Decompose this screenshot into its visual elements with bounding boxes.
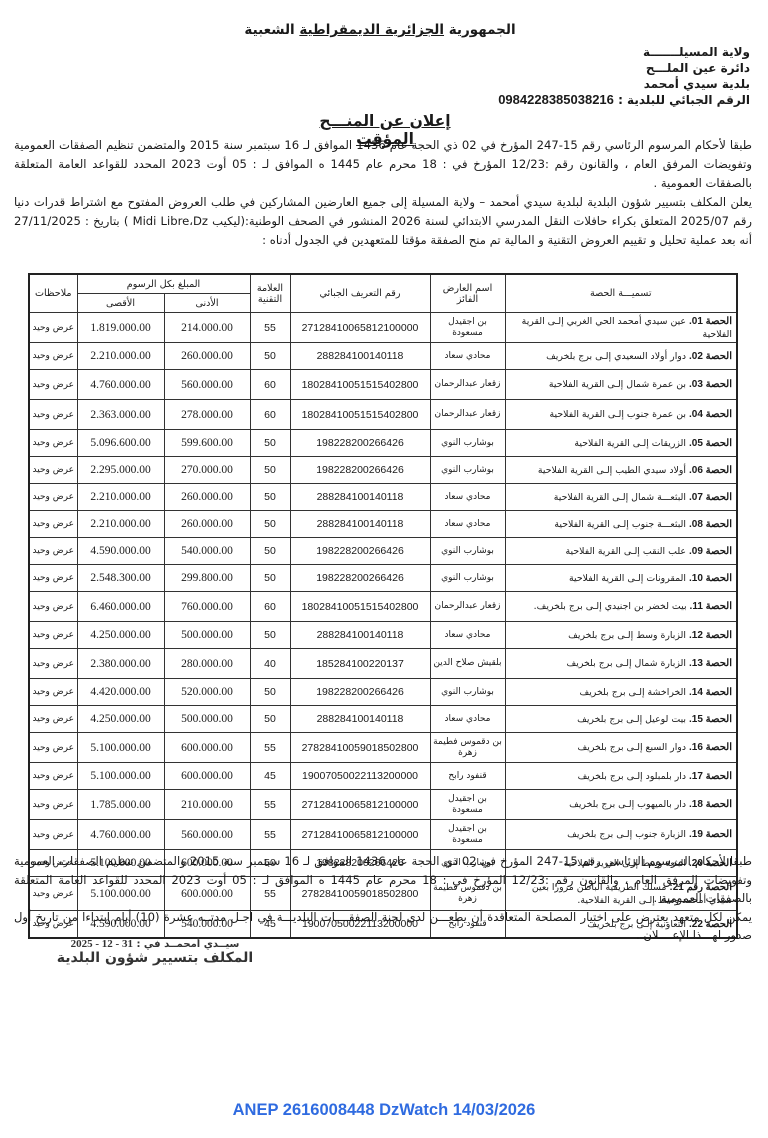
amount-max-cell: 1.819.000.00 [77,313,164,343]
notes-cell: عرض وحيد [29,538,77,565]
lot-description: بيت لخضر بن اجنيدي إلـى برج بلخريف. [534,601,687,612]
table-row: الحصة 06. أولاد سيدي الطيب إلـى القرية ا… [29,457,737,484]
technical-score-cell: 55 [250,820,290,850]
lot-cell: الحصة 17. دار بلمبلود إلـى برج بلخريف [505,763,737,790]
footer-text: طبقا لأحكام المرسوم الرئاسي رقم 15-247 ا… [14,852,752,945]
tax-id-cell: 198228200266426 [290,430,430,457]
bidder-cell: بوشارب النوي [430,565,505,592]
amount-min-cell: 260.000.00 [164,343,250,370]
technical-score-cell: 50 [250,343,290,370]
notes-cell: عرض وحيد [29,511,77,538]
tax-id-cell: 18028410051515402800 [290,592,430,622]
tax-id-cell: 18028410051515402800 [290,370,430,400]
lot-number: الحصة 17. [689,771,732,782]
lot-description: البثعـــة شمال إلـى القرية الفلاحية [554,492,686,503]
lot-cell: الحصة 11. بيت لخضر بن اجنيدي إلـى برج بل… [505,592,737,622]
amount-max-cell: 4.420.000.00 [77,679,164,706]
amount-max-cell: 4.760.000.00 [77,820,164,850]
technical-score-cell: 45 [250,763,290,790]
bidder-cell: بلقيش صلاح الدين [430,649,505,679]
tax-id-cell: 198228200266426 [290,457,430,484]
lot-number: الحصة 06. [689,465,732,476]
header-notes: ملاحظات [29,274,77,313]
amount-min-cell: 760.000.00 [164,592,250,622]
lot-description: المقرونات إلـى القرية الفلاحية [569,573,686,584]
amount-max-cell: 4.760.000.00 [77,370,164,400]
lot-number: الحصة 19. [689,829,732,840]
lot-description: دوار السبع إلـى برج بلخريف [578,742,687,753]
bidder-cell: زقعار عبدالرحمان [430,400,505,430]
amount-min-cell: 299.800.00 [164,565,250,592]
notes-cell: عرض وحيد [29,763,77,790]
notes-cell: عرض وحيد [29,313,77,343]
lot-description: الزبارة شمال إلـى برج بلخريف [567,658,687,669]
tax-id-cell: 288284100140118 [290,706,430,733]
lot-cell: الحصة 13. الزبارة شمال إلـى برج بلخريف [505,649,737,679]
lot-number: الحصة 16. [689,742,732,753]
amount-max-cell: 5.096.600.00 [77,430,164,457]
award-table: تسميـــة الحصة اسم العارض الفائز رقم الت… [28,273,738,939]
amount-min-cell: 280.000.00 [164,649,250,679]
amount-max-cell: 2.380.000.00 [77,649,164,679]
amount-min-cell: 210.000.00 [164,790,250,820]
bidder-cell: بن دقموس فطيمة زهرة [430,733,505,763]
tax-id-cell: 198228200266426 [290,679,430,706]
lot-cell: الحصة 16. دوار السبع إلـى برج بلخريف [505,733,737,763]
lot-cell: الحصة 10. المقرونات إلـى القرية الفلاحية [505,565,737,592]
lot-description: الزريقات إلـى القرية الفلاحية [574,438,686,449]
technical-score-cell: 50 [250,511,290,538]
signature-title: المكلف بتسيير شؤون البلدية [40,950,270,966]
lot-cell: الحصة 08. البثعـــة جنوب إلـى القرية الف… [505,511,737,538]
notes-cell: عرض وحيد [29,790,77,820]
tax-id-cell: 198228200266426 [290,565,430,592]
table-row: الحصة 09. علب النقب إلـى القرية الفلاحية… [29,538,737,565]
amount-min-cell: 540.000.00 [164,538,250,565]
signature-block: سيــدي أمحمــد في : 31 - 12 - 2025 المكل… [40,938,270,966]
lot-number: الحصة 07. [689,492,732,503]
lot-number: الحصة 08. [689,519,732,530]
amount-max-cell: 1.785.000.00 [77,790,164,820]
award-table-container: تسميـــة الحصة اسم العارض الفائز رقم الت… [28,273,736,939]
notes-cell: عرض وحيد [29,592,77,622]
table-row: الحصة 17. دار بلمبلود إلـى برج بلخريفقنف… [29,763,737,790]
lot-description: بن عمرة جنوب إلـى القرية الفلاحية [549,409,686,420]
amount-min-cell: 260.000.00 [164,484,250,511]
technical-score-cell: 50 [250,538,290,565]
bidder-cell: زقعار عبدالرحمان [430,592,505,622]
lot-description: دار بالميهوب إلـى برج بلخريف [569,799,686,810]
table-row: الحصة 04. بن عمرة جنوب إلـى القرية الفلا… [29,400,737,430]
wilaya-line: ولاية المسيلـــــــة [390,44,750,60]
lot-cell: الحصة 01. عين سيدي أمحمد الحي الغربي إلـ… [505,313,737,343]
notes-cell: عرض وحيد [29,484,77,511]
administrative-header: ولاية المسيلـــــــة دائرة عين الملـــح … [390,44,750,108]
lot-number: الحصة 05. [689,438,732,449]
lot-number: الحصة 15. [689,714,732,725]
notes-cell: عرض وحيد [29,679,77,706]
commune-line: بلدية سيدي أمحمد [390,76,750,92]
amount-max-cell: 2.363.000.00 [77,400,164,430]
republic-heading: الجمهورية الجزائرية الديمقراطية الشعبية [240,22,520,38]
lot-cell: الحصة 04. بن عمرة جنوب إلـى القرية الفلا… [505,400,737,430]
amount-min-cell: 214.000.00 [164,313,250,343]
lot-number: الحصة 13. [689,658,732,669]
technical-score-cell: 50 [250,622,290,649]
table-row: الحصة 12. الزبارة وسط إلـى برج بلخريفمحا… [29,622,737,649]
header-amount-min: الأدنى [164,294,250,313]
bidder-cell: محادي سعاد [430,706,505,733]
table-row: الحصة 03. بن عمرة شمال إلـى القرية الفلا… [29,370,737,400]
lot-cell: الحصة 09. علب النقب إلـى القرية الفلاحية [505,538,737,565]
notes-cell: عرض وحيد [29,706,77,733]
notes-cell: عرض وحيد [29,343,77,370]
technical-score-cell: 50 [250,484,290,511]
notes-cell: عرض وحيد [29,733,77,763]
lot-cell: الحصة 05. الزريقات إلـى القرية الفلاحية [505,430,737,457]
tax-number-value: 0984228385038216 [498,92,614,107]
table-row: الحصة 02. دوار أولاد السعيدي إلـى برج بل… [29,343,737,370]
technical-score-cell: 50 [250,565,290,592]
lot-number: الحصة 14. [689,687,732,698]
lot-description: أولاد سيدي الطيب إلـى القرية الفلاحية [538,465,686,476]
signature-place-date: سيــدي أمحمــد في : 31 - 12 - 2025 [40,938,270,950]
amount-max-cell: 4.250.000.00 [77,622,164,649]
table-header-row: تسميـــة الحصة اسم العارض الفائز رقم الت… [29,274,737,294]
technical-score-cell: 60 [250,592,290,622]
intro-legal-basis: طبقا لأحكام المرسوم الرئاسي رقم 15-247 ا… [14,136,752,193]
bidder-cell: محادي سعاد [430,343,505,370]
lot-number: الحصة 09. [689,546,732,557]
tax-id-cell: 288284100140118 [290,343,430,370]
bidder-cell: بوشارب النوي [430,430,505,457]
tax-id-cell: 288284100140118 [290,511,430,538]
lot-cell: الحصة 03. بن عمرة شمال إلـى القرية الفلا… [505,370,737,400]
technical-score-cell: 55 [250,313,290,343]
lot-cell: الحصة 12. الزبارة وسط إلـى برج بلخريف [505,622,737,649]
technical-score-cell: 40 [250,649,290,679]
notes-cell: عرض وحيد [29,400,77,430]
lot-number: الحصة 04. [689,409,732,420]
lot-number: الحصة 12. [689,630,732,641]
tax-id-cell: 288284100140118 [290,484,430,511]
amount-max-cell: 2.295.000.00 [77,457,164,484]
technical-score-cell: 55 [250,790,290,820]
header-technical-score: العلامة التقنية [250,274,290,313]
technical-score-cell: 50 [250,679,290,706]
tax-number-label: الرقم الجبائي للبلدية : [618,93,750,107]
lot-number: الحصة 18. [689,799,732,810]
tax-id-cell: 27128410065812100000 [290,790,430,820]
technical-score-cell: 50 [250,430,290,457]
amount-max-cell: 4.250.000.00 [77,706,164,733]
bidder-cell: محادي سعاد [430,622,505,649]
notes-cell: عرض وحيد [29,622,77,649]
amount-min-cell: 500.000.00 [164,622,250,649]
table-row: الحصة 19. الزبارة جنوب إلـى برج بلخريفبن… [29,820,737,850]
notes-cell: عرض وحيد [29,820,77,850]
tax-id-cell: 185284100220137 [290,649,430,679]
anep-stamp: ANEP 2616008448 DzWatch 14/03/2026 [0,1101,768,1120]
lot-number: الحصة 03. [689,379,732,390]
amount-max-cell: 2.548.300.00 [77,565,164,592]
bidder-cell: بن اجقيدل مسعودة [430,313,505,343]
amount-min-cell: 560.000.00 [164,370,250,400]
notes-cell: عرض وحيد [29,430,77,457]
lot-number: الحصة 01. [689,316,732,327]
lot-cell: الحصة 19. الزبارة جنوب إلـى برج بلخريف [505,820,737,850]
header-tax-id: رقم التعريف الجبائي [290,274,430,313]
header-amount-max: الأقصى [77,294,164,313]
notes-cell: عرض وحيد [29,649,77,679]
signature-date: 31 - 12 - 2025 [71,938,133,950]
amount-max-cell: 5.100.000.00 [77,733,164,763]
lot-description: دار بلمبلود إلـى برج بلخريف [578,771,686,782]
daira-line: دائرة عين الملـــح [390,60,750,76]
bidder-cell: بوشارب النوي [430,538,505,565]
bidder-cell: محادي سعاد [430,511,505,538]
lot-description: الزبارة جنوب إلـى برج بلخريف [567,829,686,840]
amount-max-cell: 4.590.000.00 [77,538,164,565]
lot-cell: الحصة 02. دوار أولاد السعيدي إلـى برج بل… [505,343,737,370]
bidder-cell: زقعار عبدالرحمان [430,370,505,400]
notes-cell: عرض وحيد [29,457,77,484]
commune-tax-number-line: الرقم الجبائي للبلدية : 0984228385038216 [390,92,750,108]
award-table-body: الحصة 01. عين سيدي أمحمد الحي الغربي إلـ… [29,313,737,939]
lot-description: الخراخشة إلـى برج بلخريف [579,687,686,698]
lot-cell: الحصة 18. دار بالميهوب إلـى برج بلخريف [505,790,737,820]
tax-id-cell: 19007050022113200000 [290,763,430,790]
technical-score-cell: 60 [250,370,290,400]
header-bidder: اسم العارض الفائز [430,274,505,313]
announcement-page: الجمهورية الجزائرية الديمقراطية الشعبية … [0,0,768,1138]
lot-cell: الحصة 06. أولاد سيدي الطيب إلـى القرية ا… [505,457,737,484]
amount-min-cell: 600.000.00 [164,733,250,763]
lot-cell: الحصة 15. بيت لوعيل إلـى برج بلخريف [505,706,737,733]
lot-description: علب النقب إلـى القرية الفلاحية [565,546,686,557]
header-lot: تسميـــة الحصة [505,274,737,313]
amount-min-cell: 500.000.00 [164,706,250,733]
amount-min-cell: 270.000.00 [164,457,250,484]
notes-cell: عرض وحيد [29,370,77,400]
republic-word-1: الجمهورية [449,22,516,38]
table-row: الحصة 13. الزبارة شمال إلـى برج بلخريفبل… [29,649,737,679]
tax-id-cell: 27128410065812100000 [290,313,430,343]
lot-description: دوار أولاد السعيدي إلـى برج بلخريف [546,351,686,362]
lot-description: بيت لوعيل إلـى برج بلخريف [577,714,686,725]
bidder-cell: بوشارب النوي [430,457,505,484]
amount-min-cell: 600.000.00 [164,763,250,790]
lot-description: بن عمرة شمال إلـى القرية الفلاحية [549,379,686,390]
technical-score-cell: 50 [250,706,290,733]
technical-score-cell: 60 [250,400,290,430]
intro-award-statement: يعلن المكلف بتسيير شؤون البلدية لبلدية س… [14,193,752,250]
lot-description: البثعـــة جنوب إلـى القرية الفلاحية [554,519,686,530]
republic-word-2: الجزائرية الديمقراطية [299,22,444,38]
amount-max-cell: 2.210.000.00 [77,343,164,370]
bidder-cell: بن اجقيدل مسعودة [430,790,505,820]
tax-id-cell: 27128410065812100000 [290,820,430,850]
amount-min-cell: 260.000.00 [164,511,250,538]
republic-word-3: الشعبية [244,22,294,38]
table-row: الحصة 08. البثعـــة جنوب إلـى القرية الف… [29,511,737,538]
tax-id-cell: 27828410059018502800 [290,733,430,763]
bidder-cell: محادي سعاد [430,484,505,511]
amount-max-cell: 5.100.000.00 [77,763,164,790]
technical-score-cell: 50 [250,457,290,484]
tax-id-cell: 288284100140118 [290,622,430,649]
table-row: الحصة 15. بيت لوعيل إلـى برج بلخريفمحادي… [29,706,737,733]
bidder-cell: قنفود رابح [430,763,505,790]
tax-id-cell: 18028410051515402800 [290,400,430,430]
signature-place-label: سيــدي أمحمــد في : [136,939,239,950]
amount-max-cell: 2.210.000.00 [77,484,164,511]
table-row: الحصة 07. البثعـــة شمال إلـى القرية الف… [29,484,737,511]
table-row: الحصة 14. الخراخشة إلـى برج بلخريفبوشارب… [29,679,737,706]
tax-id-cell: 198228200266426 [290,538,430,565]
header-amount-group: المبلغ بكل الرسوم [77,274,250,294]
intro-text: طبقا لأحكام المرسوم الرئاسي رقم 15-247 ا… [14,136,752,250]
technical-score-cell: 55 [250,733,290,763]
table-row: الحصة 10. المقرونات إلـى القرية الفلاحية… [29,565,737,592]
amount-min-cell: 520.000.00 [164,679,250,706]
table-row: الحصة 18. دار بالميهوب إلـى برج بلخريفبن… [29,790,737,820]
bidder-cell: بن اجقيدل مسعودة [430,820,505,850]
notes-cell: عرض وحيد [29,565,77,592]
amount-max-cell: 6.460.000.00 [77,592,164,622]
footer-legal-basis: طبقا لأحكام المرسوم الرئاسي رقم 15-247 ا… [14,852,752,908]
table-row: الحصة 16. دوار السبع إلـى برج بلخريفبن د… [29,733,737,763]
amount-min-cell: 278.000.00 [164,400,250,430]
lot-description: الزبارة وسط إلـى برج بلخريف [568,630,686,641]
table-row: الحصة 01. عين سيدي أمحمد الحي الغربي إلـ… [29,313,737,343]
table-row: الحصة 05. الزريقات إلـى القرية الفلاحيةب… [29,430,737,457]
amount-min-cell: 599.600.00 [164,430,250,457]
lot-cell: الحصة 14. الخراخشة إلـى برج بلخريف [505,679,737,706]
amount-min-cell: 560.000.00 [164,820,250,850]
lot-number: الحصة 11. [690,601,732,612]
amount-max-cell: 2.210.000.00 [77,511,164,538]
table-row: الحصة 11. بيت لخضر بن اجنيدي إلـى برج بل… [29,592,737,622]
lot-cell: الحصة 07. البثعـــة شمال إلـى القرية الف… [505,484,737,511]
lot-number: الحصة 10. [689,573,732,584]
bidder-cell: بوشارب النوي [430,679,505,706]
lot-number: الحصة 02. [689,351,732,362]
